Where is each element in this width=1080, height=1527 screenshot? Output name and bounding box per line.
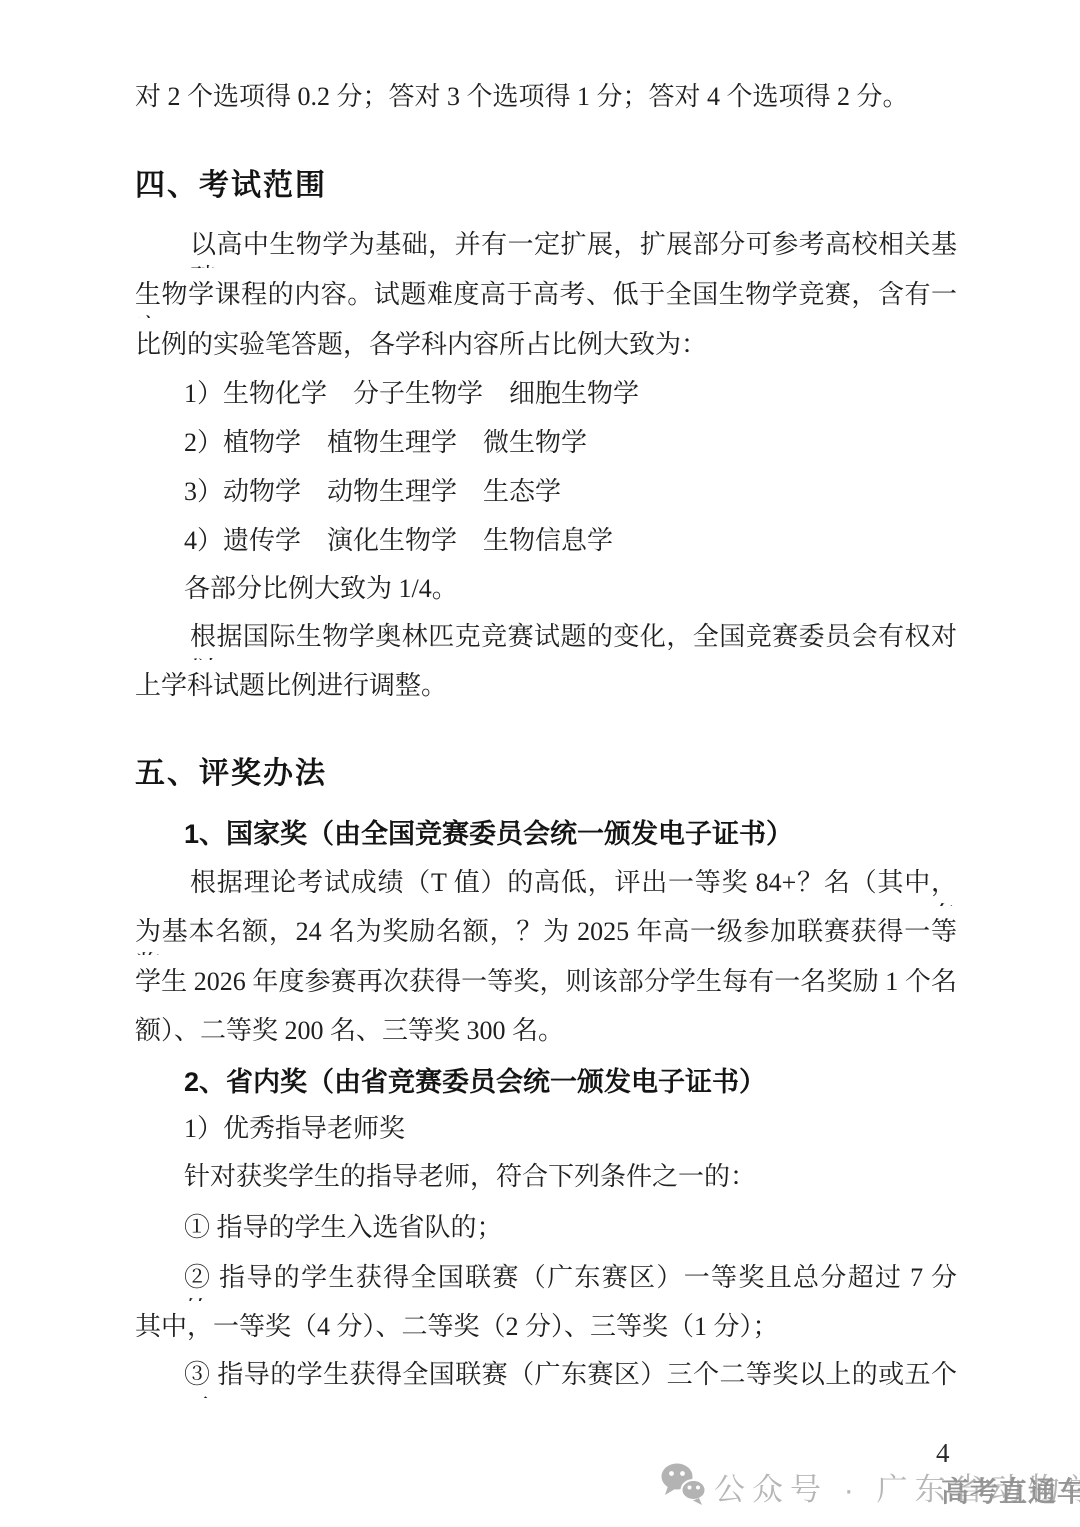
teacher-award-subheading: 1）优秀指导老师奖 <box>184 1112 957 1146</box>
subject-list-item: 2）植物学 植物生理学 微生物学 <box>184 426 957 460</box>
adjust-para-line: 根据国际生物学奥林匹克竞赛试题的变化，全国竞赛委员会有权对以 <box>190 620 957 660</box>
section-heading-exam-scope: 四、考试范围 <box>135 166 957 206</box>
wechat-icon <box>660 1462 708 1506</box>
national-award-line: 为基本名额，24 名为奖励名额，？为 2025 年高一级参加联赛获得一等奖 <box>135 915 957 955</box>
condition-item: ① 指导的学生入选省队的； <box>184 1211 957 1245</box>
provincial-award-heading: 2、省内奖（由省竞赛委员会统一颁发电子证书） <box>184 1064 957 1100</box>
section-heading-awards: 五、评奖办法 <box>135 754 957 794</box>
subject-list-item: 1）生物化学 分子生物学 细胞生物学 <box>184 377 957 411</box>
continuation-line: 对 2 个选项得 0.2 分；答对 3 个选项得 1 分；答对 4 个选项得 2… <box>135 80 957 114</box>
exam-scope-para-line: 以高中生物学为基础，并有一定扩展，扩展部分可参考高校相关基础 <box>190 228 957 268</box>
subject-list-item: 4）遗传学 演化生物学 生物信息学 <box>184 524 957 558</box>
national-award-line: 学生 2026 年度参赛再次获得一等奖，则该部分学生每有一名奖励 1 个名 <box>135 965 957 999</box>
ratio-line: 各部分比例大致为 1/4。 <box>184 572 957 606</box>
teacher-award-intro: 针对获奖学生的指导老师，符合下列条件之一的： <box>184 1160 957 1194</box>
national-award-line: 额）、二等奖 200 名、三等奖 300 名。 <box>135 1014 957 1048</box>
subject-list-item: 3）动物学 动物生理学 生态学 <box>184 475 957 509</box>
exam-scope-para-line: 生物学课程的内容。试题难度高于高考、低于全国生物学竞赛，含有一定 <box>135 278 957 318</box>
condition-item: 其中，一等奖（4 分）、二等奖（2 分）、三等奖（1 分）； <box>135 1310 957 1344</box>
national-award-line: 根据理论考试成绩（T 值）的高低，评出一等奖 84+？名（其中，60 名 <box>190 866 957 906</box>
adjust-para-line: 上学科试题比例进行调整。 <box>135 669 957 703</box>
document-page: 对 2 个选项得 0.2 分；答对 3 个选项得 1 分；答对 4 个选项得 2… <box>0 0 1080 1527</box>
condition-item: ② 指导的学生获得全国联赛（广东赛区）一等奖且总分超过 7 分的， <box>184 1261 957 1301</box>
national-award-heading: 1、国家奖（由全国竞赛委员会统一颁发电子证书） <box>184 816 957 852</box>
condition-item: ③ 指导的学生获得全国联赛（广东赛区）三个二等奖以上的或五个三 <box>184 1358 957 1398</box>
exam-scope-para-line: 比例的实验笔答题，各学科内容所占比例大致为： <box>135 328 957 362</box>
gaokao-express-watermark: 高考直通车 <box>941 1470 1080 1510</box>
